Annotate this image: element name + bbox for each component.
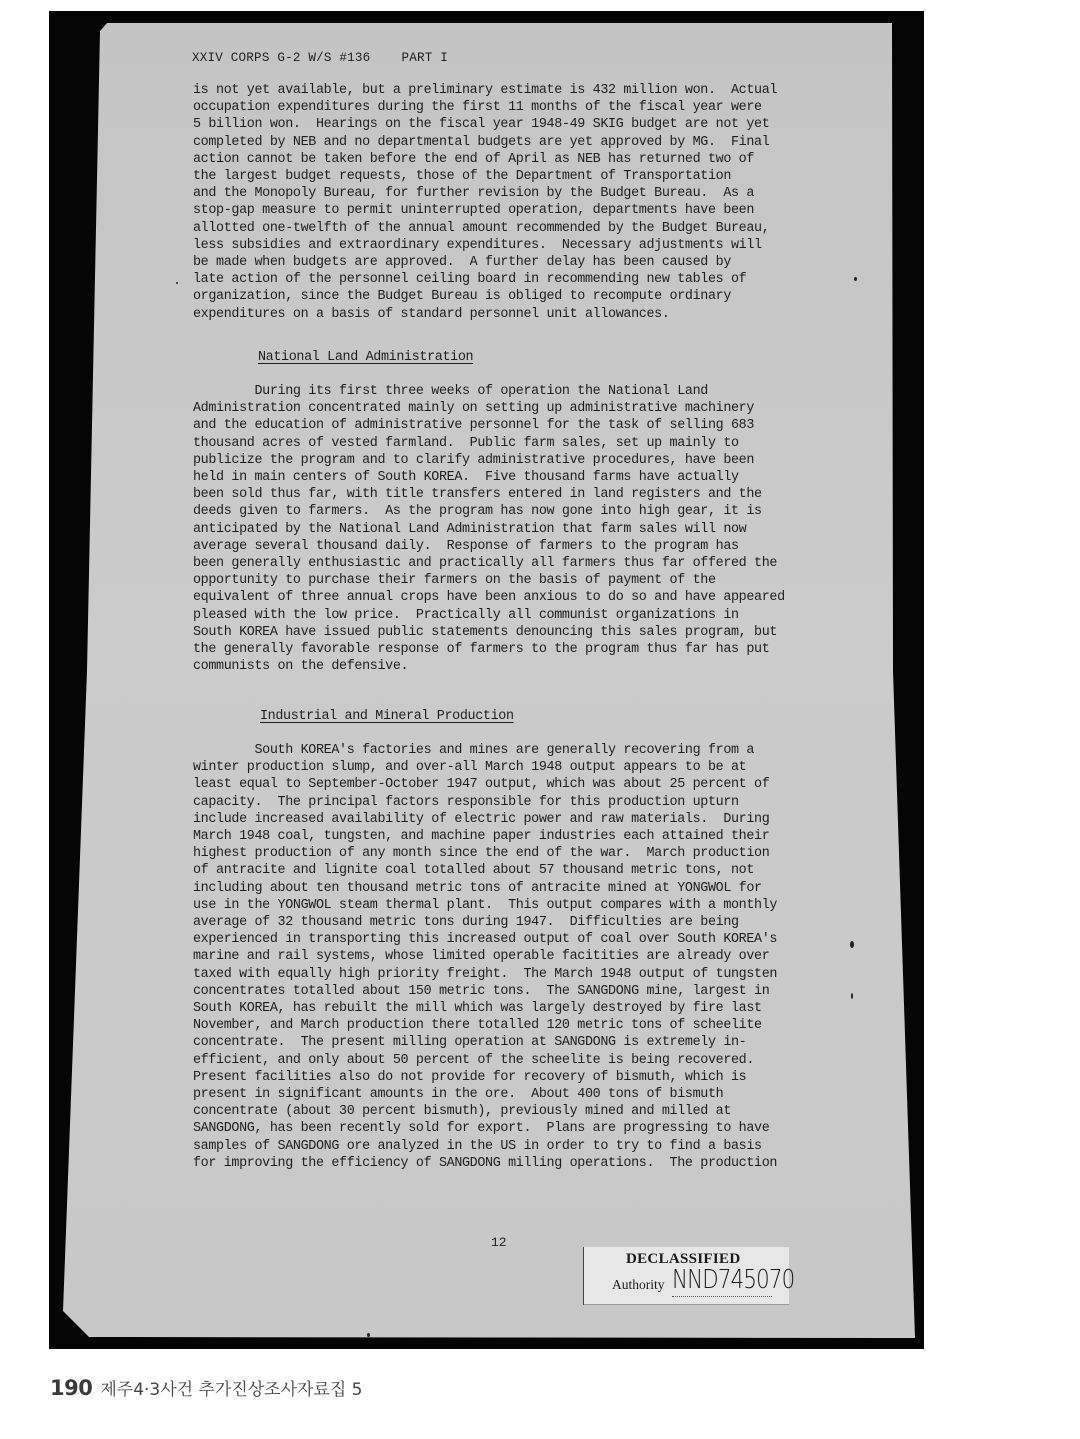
text-line: for improving the efficiency of SANGDONG… — [193, 1155, 777, 1172]
text-line: capacity. The principal factors responsi… — [193, 794, 777, 811]
text-line: the generally favorable response of farm… — [193, 641, 785, 658]
paper-speck — [367, 1333, 370, 1337]
paper-speck — [176, 282, 178, 284]
section-heading-land-administration: National Land Administration — [258, 350, 473, 365]
document-page: XXIV CORPS G-2 W/S #136 PART I is not ye… — [49, 11, 924, 1349]
text-line: November, and March production there tot… — [193, 1017, 777, 1034]
text-line: occupation expenditures during the first… — [193, 99, 777, 116]
text-line: Administration concentrated mainly on se… — [193, 400, 785, 417]
text-line: concentrate (about 30 percent bismuth), … — [193, 1103, 777, 1120]
text-line: less subsidies and extraordinary expendi… — [193, 237, 777, 254]
text-line: action cannot be taken before the end of… — [193, 151, 777, 168]
text-line: communists on the defensive. — [193, 658, 785, 675]
text-line: been generally enthusiastic and practica… — [193, 555, 785, 572]
text-line: highest production of any month since th… — [193, 845, 777, 862]
text-line: late action of the personnel ceiling boa… — [193, 271, 777, 288]
text-line: include increased availability of electr… — [193, 811, 777, 828]
stamp-authority-label: Authority — [612, 1277, 665, 1293]
text-line: held in main centers of South KOREA. Fiv… — [193, 469, 785, 486]
text-line: publicize the program and to clarify adm… — [193, 452, 785, 469]
text-line: the largest budget requests, those of th… — [193, 168, 777, 185]
text-line: been sold thus far, with title transfers… — [193, 486, 785, 503]
book-page-number: 190 — [50, 1376, 92, 1400]
text-line: and the Monopoly Bureau, for further rev… — [193, 185, 777, 202]
text-line: During its first three weeks of operatio… — [193, 383, 785, 400]
text-line: anticipated by the National Land Adminis… — [193, 521, 785, 538]
text-line: organization, since the Budget Bureau is… — [193, 288, 777, 305]
book-title: 제주4·3사건 추가진상조사자료집 5 — [100, 1380, 362, 1400]
text-line: South KOREA, has rebuilt the mill which … — [193, 1000, 777, 1017]
text-line: present in significant amounts in the or… — [193, 1086, 777, 1103]
declassified-stamp: DECLASSIFIED Authority NND745070 — [583, 1247, 789, 1305]
text-line: March 1948 coal, tungsten, and machine p… — [193, 828, 777, 845]
text-line: use in the YONGWOL steam thermal plant. … — [193, 897, 777, 914]
text-line: concentrates totalled about 150 metric t… — [193, 983, 777, 1000]
text-line: South KOREA have issued public statement… — [193, 624, 785, 641]
text-line: deeds given to farmers. As the program h… — [193, 503, 785, 520]
stamp-authority-value: NND745070 — [672, 1265, 794, 1295]
text-line: opportunity to purchase their farmers on… — [193, 572, 785, 589]
text-line: average of 32 thousand metric tons durin… — [193, 914, 777, 931]
text-line: of antracite and lignite coal totalled a… — [193, 862, 777, 879]
text-line: marine and rail systems, whose limited o… — [193, 948, 777, 965]
text-line: be made when budgets are approved. A fur… — [193, 254, 777, 271]
text-line: winter production slump, and over-all Ma… — [193, 759, 777, 776]
text-line: average several thousand daily. Response… — [193, 538, 785, 555]
text-line: samples of SANGDONG ore analyzed in the … — [193, 1138, 777, 1155]
industrial-production-paragraph: South KOREA's factories and mines are ge… — [193, 742, 777, 1172]
stamp-signature-line — [672, 1296, 772, 1297]
text-line: and the education of administrative pers… — [193, 417, 785, 434]
section-heading-industrial-production: Industrial and Mineral Production — [260, 709, 514, 724]
scanned-document-photo: XXIV CORPS G-2 W/S #136 PART I is not ye… — [49, 11, 924, 1349]
text-line: stop-gap measure to permit uninterrupted… — [193, 202, 777, 219]
paper-speck — [854, 277, 857, 281]
text-line: South KOREA's factories and mines are ge… — [193, 742, 777, 759]
text-line: equivalent of three annual crops have be… — [193, 589, 785, 606]
text-line: experienced in transporting this increas… — [193, 931, 777, 948]
document-header: XXIV CORPS G-2 W/S #136 PART I — [192, 51, 448, 65]
book-footer: 190제주4·3사건 추가진상조사자료집 5 — [50, 1375, 363, 1400]
text-line: allotted one-twelfth of the annual amoun… — [193, 220, 777, 237]
intro-paragraph: is not yet available, but a preliminary … — [193, 82, 777, 323]
text-line: 5 billion won. Hearings on the fiscal ye… — [193, 116, 777, 133]
text-line: Present facilities also do not provide f… — [193, 1069, 777, 1086]
text-line: least equal to September-October 1947 ou… — [193, 776, 777, 793]
text-line: SANGDONG, has been recently sold for exp… — [193, 1120, 777, 1137]
paper-speck — [850, 941, 854, 948]
text-line: completed by NEB and no departmental bud… — [193, 134, 777, 151]
text-line: thousand acres of vested farmland. Publi… — [193, 435, 785, 452]
document-page-number: 12 — [491, 1235, 507, 1250]
land-administration-paragraph: During its first three weeks of operatio… — [193, 383, 785, 675]
text-line: is not yet available, but a preliminary … — [193, 82, 777, 99]
text-line: pleased with the low price. Practically … — [193, 607, 785, 624]
text-line: concentrate. The present milling operati… — [193, 1034, 777, 1051]
text-line: efficient, and only about 50 percent of … — [193, 1052, 777, 1069]
text-line: expenditures on a basis of standard pers… — [193, 306, 777, 323]
text-line: taxed with equally high priority freight… — [193, 966, 777, 983]
paper-speck — [851, 993, 853, 999]
text-line: including about ten thousand metric tons… — [193, 880, 777, 897]
